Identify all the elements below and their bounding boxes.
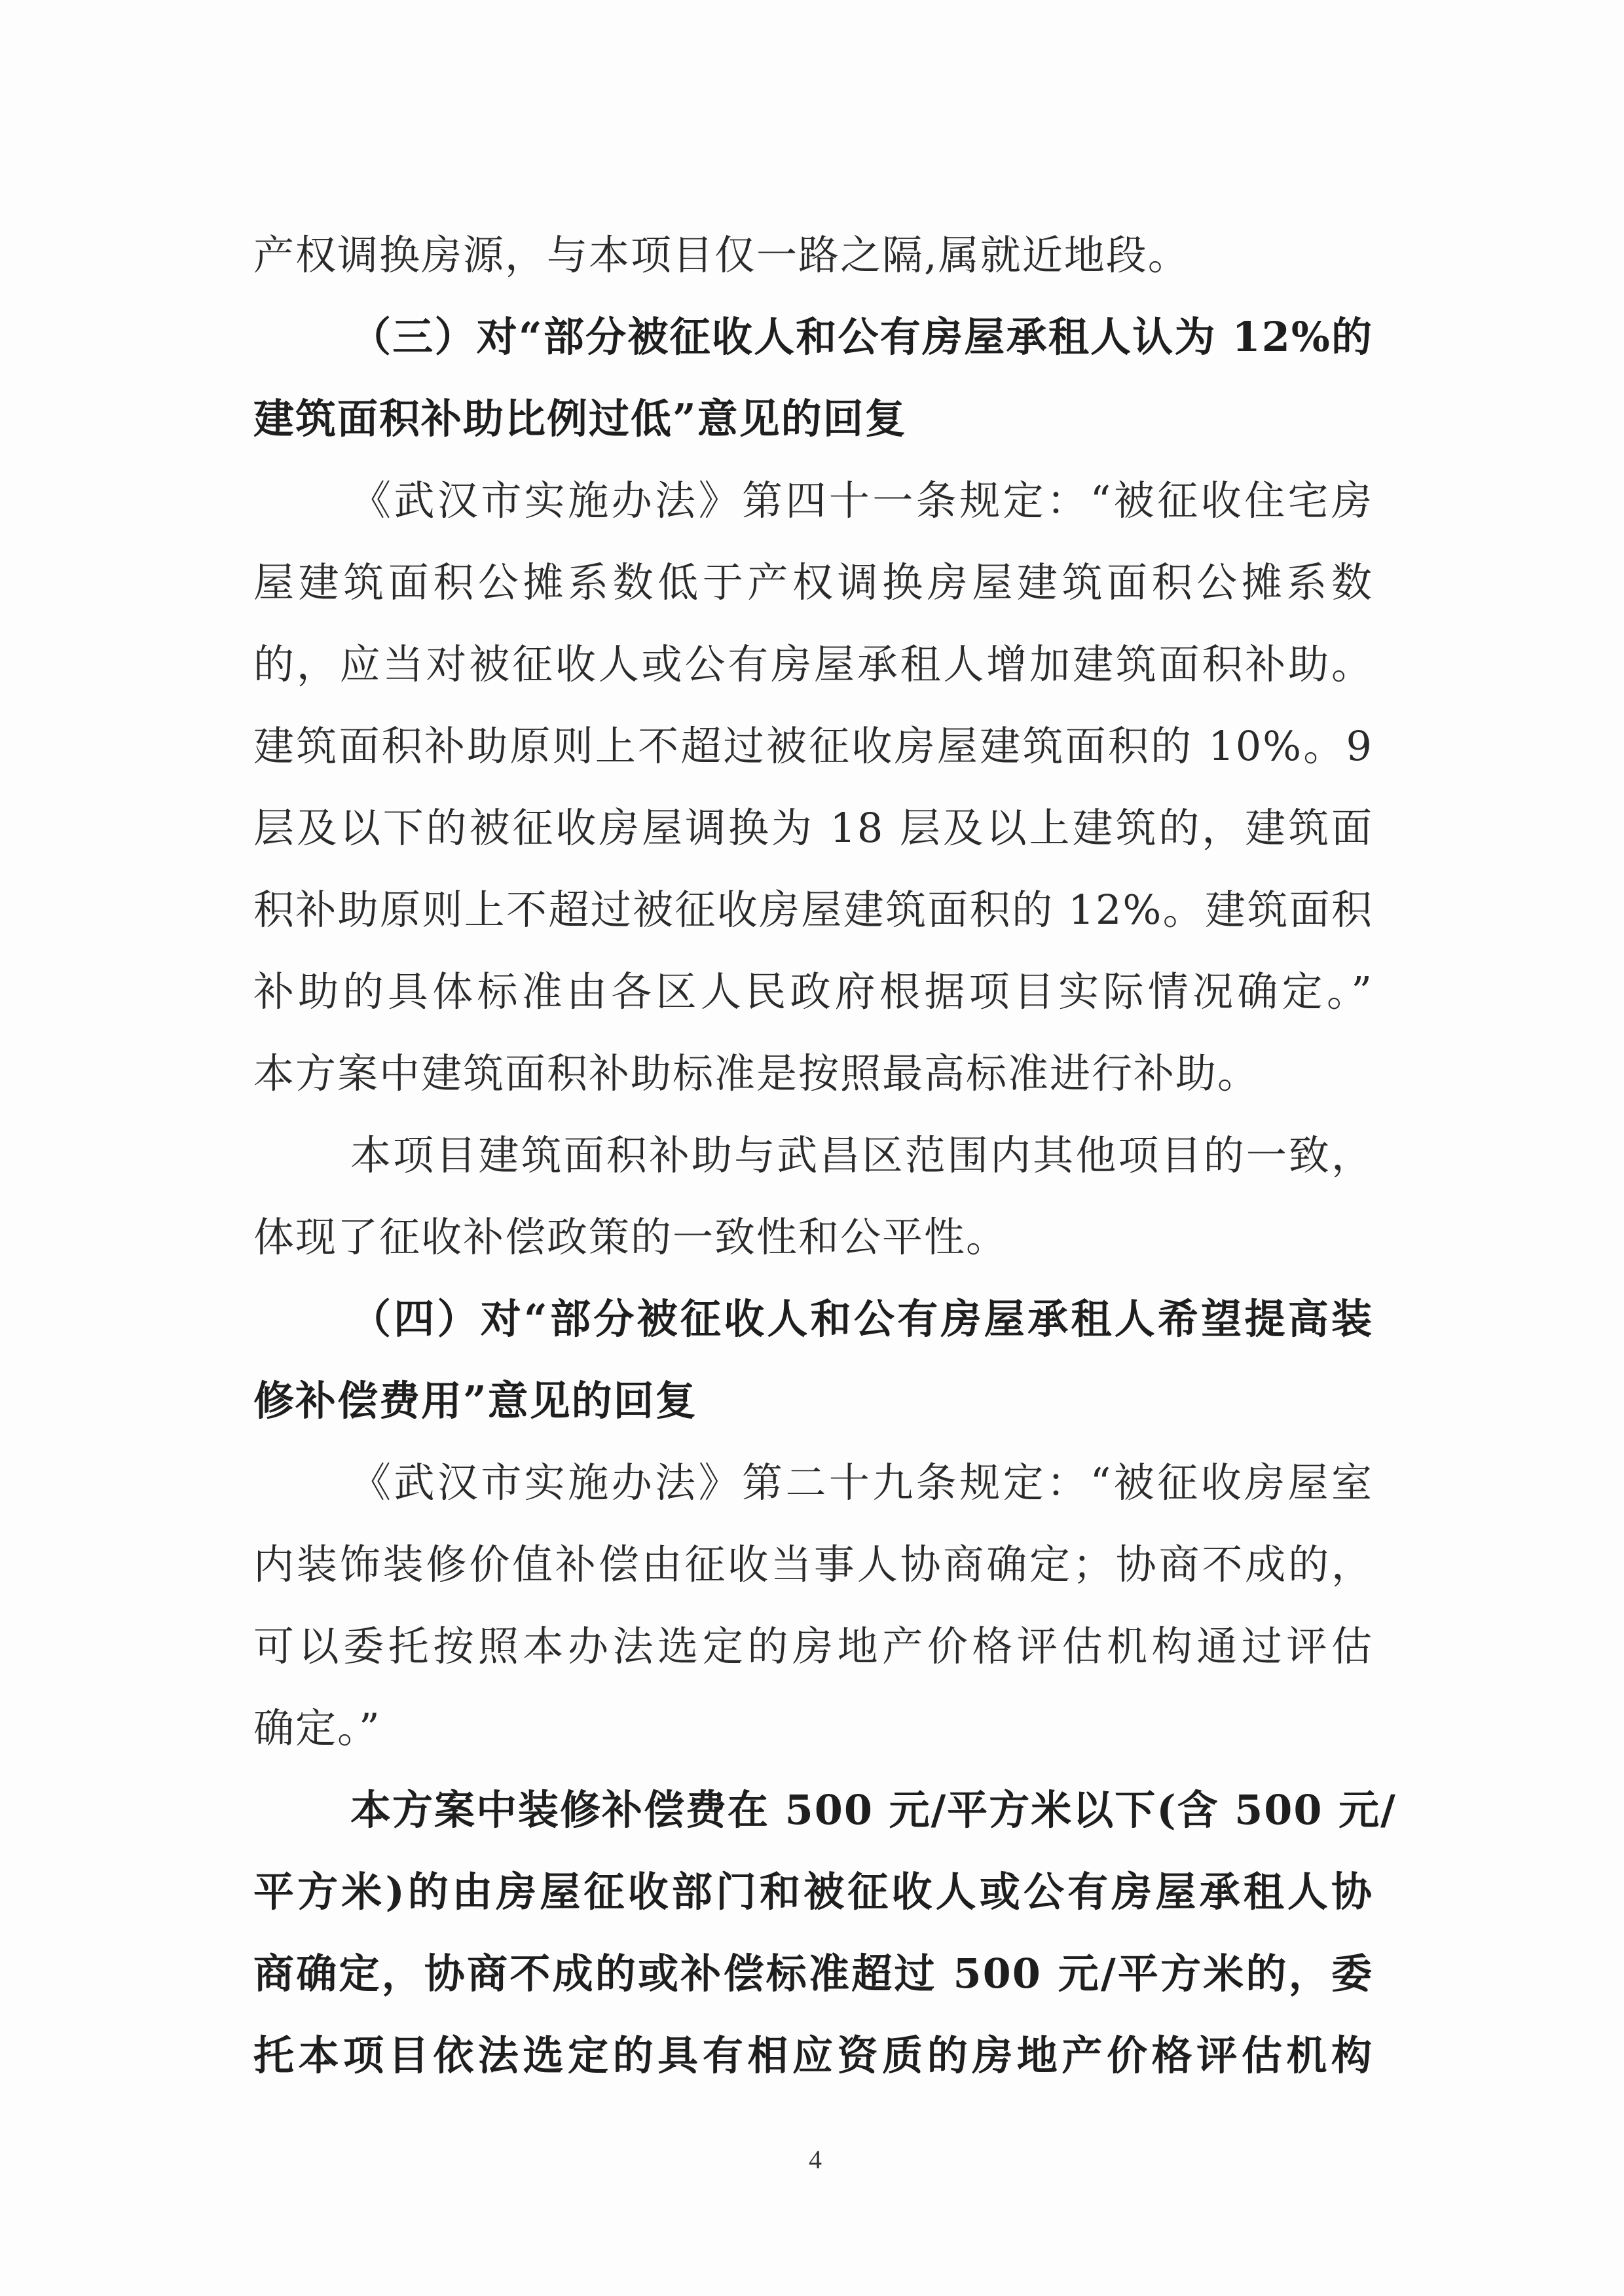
quote-article-41-line: 的，应当对被征收人或公有房屋承租人增加建筑面积补助。 — [253, 638, 1373, 691]
decoration-compensation-paragraph: 本方案中装修补偿费在 500 元/平方米以下(含 500 元/ — [350, 1784, 1373, 1836]
document-page: 产权调换房源，与本项目仅一路之隔,属就近地段。（三）对“部分被征收人和公有房屋承… — [0, 0, 1624, 2296]
quote-article-29-end: 确定。” — [253, 1702, 1373, 1755]
page-number: 4 — [802, 2144, 828, 2175]
quote-article-29-line: 内装饰装修价值补偿由征收当事人协商确定；协商不成的， — [253, 1539, 1373, 1591]
decoration-compensation-line: 商确定，协商不成的或补偿标准超过 500 元/平方米的，委 — [253, 1948, 1373, 2000]
paragraph-line: 产权调换房源，与本项目仅一路之隔,属就近地段。 — [253, 229, 1373, 282]
quote-article-29-line: 可以委托按照本办法选定的房地产价格评估机构通过评估 — [253, 1620, 1373, 1673]
quote-article-41-line: 屋建筑面积公摊系数低于产权调换房屋建筑面积公摊系数 — [253, 556, 1373, 609]
quote-article-41-line: 积补助原则上不超过被征收房屋建筑面积的 12%。建筑面积 — [253, 884, 1373, 936]
quote-article-41-line: 建筑面积补助原则上不超过被征收房屋建筑面积的 10%。9 — [253, 720, 1373, 773]
decoration-compensation-line: 托本项目依法选定的具有相应资质的房地产价格评估机构 — [253, 2030, 1373, 2082]
quote-article-41-line: 层及以下的被征收房屋调换为 18 层及以上建筑的，建筑面 — [253, 802, 1373, 854]
quote-article-41: 《武汉市实施办法》第四十一条规定：“被征收住宅房 — [350, 475, 1373, 527]
decoration-compensation-line: 平方米)的由房屋征收部门和被征收人或公有房屋承租人协 — [253, 1866, 1373, 1918]
plan-statement: 本方案中建筑面积补助标准是按照最高标准进行补助。 — [253, 1048, 1373, 1100]
section-heading-4: （四）对“部分被征收人和公有房屋承租人希望提高装 — [350, 1293, 1373, 1345]
section-heading-3-cont: 建筑面积补助比例过低”意见的回复 — [253, 393, 1373, 445]
consistency-paragraph-cont: 体现了征收补偿政策的一致性和公平性。 — [253, 1211, 1373, 1264]
quote-article-29: 《武汉市实施办法》第二十九条规定：“被征收房屋室 — [350, 1457, 1373, 1509]
section-heading-4-cont: 修补偿费用”意见的回复 — [253, 1375, 1373, 1427]
section-heading-3: （三）对“部分被征收人和公有房屋承租人认为 12%的 — [350, 311, 1373, 363]
consistency-paragraph: 本项目建筑面积补助与武昌区范围内其他项目的一致， — [350, 1129, 1373, 1182]
quote-article-41-line: 补助的具体标准由各区人民政府根据项目实际情况确定。” — [253, 966, 1373, 1018]
